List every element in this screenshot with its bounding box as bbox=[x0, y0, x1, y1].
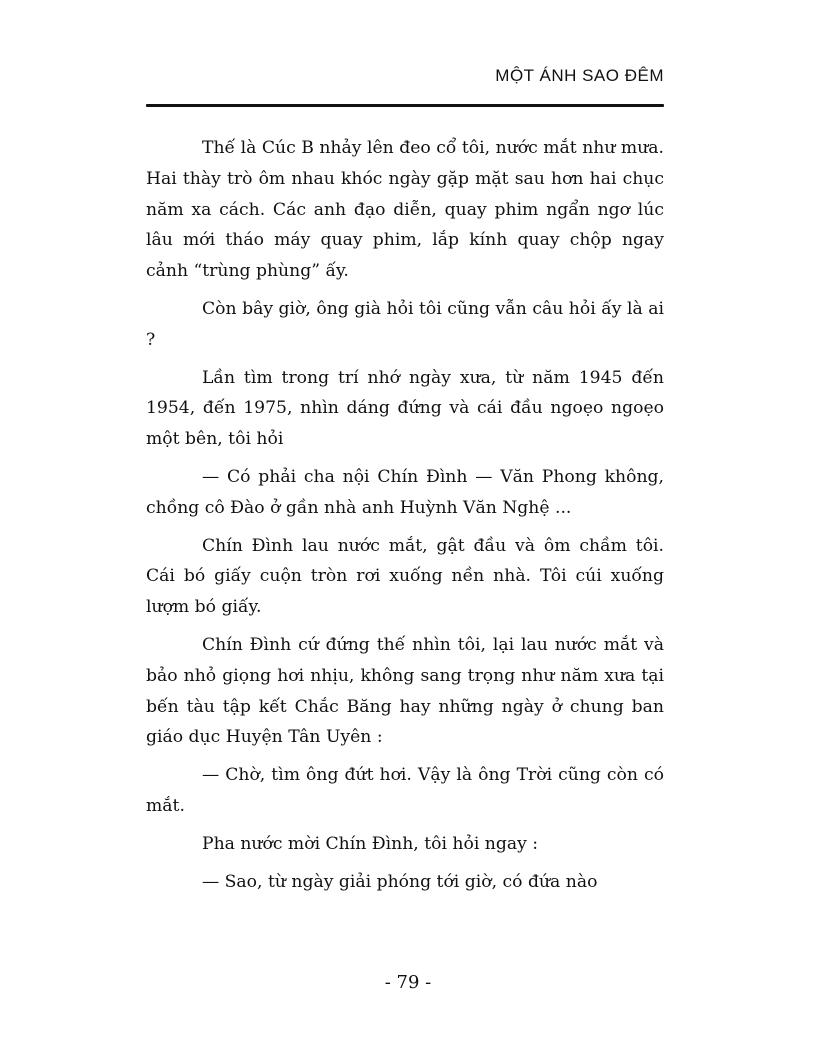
paragraph: — Sao, từ ngày giải phóng tới giờ, có đứ… bbox=[146, 867, 664, 898]
running-header-title: MỘT ÁNH SAO ĐÊM bbox=[146, 66, 664, 86]
paragraph: Thế là Cúc B nhảy lên đeo cổ tôi, nước m… bbox=[146, 133, 664, 287]
paragraph: Còn bây giờ, ông già hỏi tôi cũng vẫn câ… bbox=[146, 294, 664, 356]
page-number: - 79 - bbox=[0, 972, 816, 993]
paragraph: Chín Đình lau nước mắt, gật đầu và ôm ch… bbox=[146, 531, 664, 623]
page-body: Thế là Cúc B nhảy lên đeo cổ tôi, nước m… bbox=[146, 133, 664, 904]
paragraph: Chín Đình cứ đứng thế nhìn tôi, lại lau … bbox=[146, 630, 664, 753]
paragraph: — Chờ, tìm ông đứt hơi. Vậy là ông Trời … bbox=[146, 760, 664, 822]
paragraph: — Có phải cha nội Chín Đình — Văn Phong … bbox=[146, 462, 664, 524]
header-divider bbox=[146, 104, 664, 107]
paragraph: Lần tìm trong trí nhớ ngày xưa, từ năm 1… bbox=[146, 363, 664, 455]
paragraph: Pha nước mời Chín Đình, tôi hỏi ngay : bbox=[146, 829, 664, 860]
